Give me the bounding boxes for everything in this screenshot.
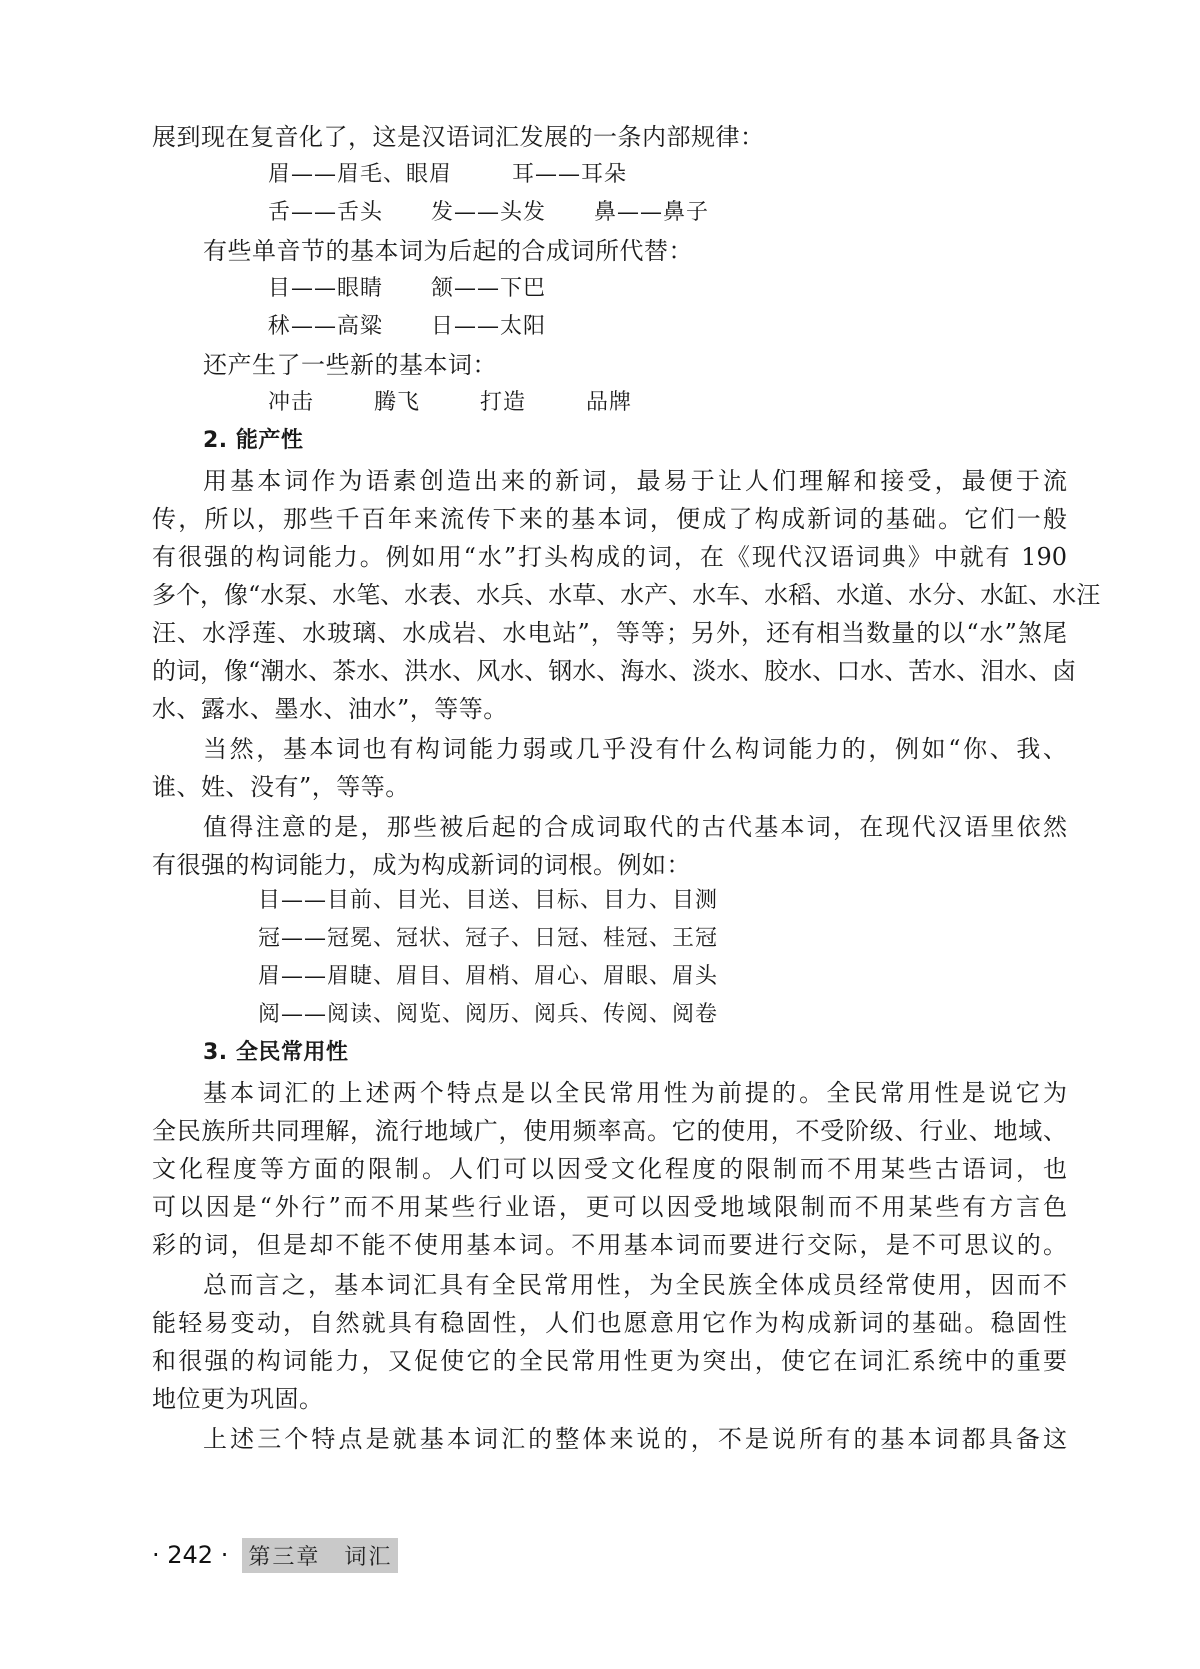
paragraph-line: 汪、水浮莲、水玻璃、水成岩、水电站”，等等；另外，还有相当数量的以“水”煞尾 bbox=[152, 618, 1067, 648]
paragraph-line: 有很强的构词能力，成为构成新词的词根。例如： bbox=[152, 850, 1072, 880]
paragraph-line: 全民族所共同理解，流行地域广，使用频率高。它的使用，不受阶级、行业、地域、 bbox=[152, 1116, 1067, 1146]
paragraph-line: 传，所以，那些千百年来流传下来的基本词，便成了构成新词的基础。它们一般 bbox=[152, 504, 1067, 534]
example-row: 舌——舌头发——头发鼻——鼻子 bbox=[268, 198, 1188, 228]
example-row: 目——眼睛颔——下巴 bbox=[268, 274, 1188, 304]
section-heading: 2. 能产性 bbox=[203, 426, 1123, 456]
paragraph-line: 的词，像“潮水、茶水、洪水、风水、钢水、海水、淡水、胶水、口水、苦水、泪水、卤 bbox=[152, 656, 1067, 686]
example-item: 耳——耳朵 bbox=[512, 160, 627, 190]
paragraph-line: 还产生了一些新的基本词： bbox=[203, 350, 1123, 380]
paragraph-line: 有些单音节的基本词为后起的合成词所代替： bbox=[203, 236, 1123, 266]
paragraph-line: 用基本词作为语素创造出来的新词，最易于让人们理解和接受，最便于流 bbox=[203, 466, 1067, 496]
example-item: 发——头发 bbox=[431, 198, 546, 228]
example-row: 眉——眉睫、眉目、眉梢、眉心、眉眼、眉头 bbox=[258, 962, 1178, 992]
page-footer: · 242 · 第三章 词汇 bbox=[152, 1538, 398, 1572]
intro-line: 展到现在复音化了，这是汉语词汇发展的一条内部规律： bbox=[152, 122, 1072, 152]
example-item: 秫——高粱 bbox=[268, 312, 383, 342]
page-number: · 242 · bbox=[152, 1541, 228, 1569]
section-heading: 3. 全民常用性 bbox=[203, 1038, 1123, 1068]
example-item: 品牌 bbox=[586, 388, 632, 418]
chapter-label: 第三章 词汇 bbox=[242, 1538, 398, 1573]
example-row: 阅——阅读、阅览、阅历、阅兵、传阅、阅卷 bbox=[258, 1000, 1178, 1030]
paragraph-line: 地位更为巩固。 bbox=[152, 1384, 1072, 1414]
paragraph-line: 和很强的构词能力，又促使它的全民常用性更为突出，使它在词汇系统中的重要 bbox=[152, 1346, 1067, 1376]
example-item: 打造 bbox=[480, 388, 526, 418]
example-row: 眉——眉毛、眼眉耳——耳朵 bbox=[268, 160, 1188, 190]
example-item: 冲击 bbox=[268, 388, 314, 418]
paragraph-line: 能轻易变动，自然就具有稳固性，人们也愿意用它作为构成新词的基础。稳固性 bbox=[152, 1308, 1067, 1338]
book-page: 展到现在复音化了，这是汉语词汇发展的一条内部规律： 眉——眉毛、眼眉耳——耳朵 … bbox=[0, 0, 1200, 1669]
example-item: 腾飞 bbox=[374, 388, 420, 418]
paragraph-line: 水、露水、墨水、油水”，等等。 bbox=[152, 694, 1072, 724]
paragraph-line: 值得注意的是，那些被后起的合成词取代的古代基本词，在现代汉语里依然 bbox=[203, 812, 1067, 842]
paragraph-line: 谁、姓、没有”，等等。 bbox=[152, 772, 1072, 802]
paragraph-line: 总而言之，基本词汇具有全民常用性，为全民族全体成员经常使用，因而不 bbox=[203, 1270, 1067, 1300]
example-row: 目——目前、目光、目送、目标、目力、目测 bbox=[258, 886, 1178, 916]
paragraph-line: 可以因是“外行”而不用某些行业语，更可以因受地域限制而不用某些有方言色 bbox=[152, 1192, 1067, 1222]
paragraph-line: 彩的词，但是却不能不使用基本词。不用基本词而要进行交际，是不可思议的。 bbox=[152, 1230, 1067, 1260]
paragraph-line: 多个，像“水泵、水笔、水表、水兵、水草、水产、水车、水稻、水道、水分、水缸、水汪 bbox=[152, 580, 1067, 610]
example-row: 秫——高粱日——太阳 bbox=[268, 312, 1188, 342]
example-item: 鼻——鼻子 bbox=[594, 198, 709, 228]
example-item: 目——眼睛 bbox=[268, 274, 383, 304]
example-item: 颔——下巴 bbox=[431, 274, 546, 304]
example-row: 冲击腾飞打造品牌 bbox=[268, 388, 1188, 418]
example-item: 舌——舌头 bbox=[268, 198, 383, 228]
paragraph-line: 基本词汇的上述两个特点是以全民常用性为前提的。全民常用性是说它为 bbox=[203, 1078, 1067, 1108]
example-row: 冠——冠冕、冠状、冠子、日冠、桂冠、王冠 bbox=[258, 924, 1178, 954]
example-item: 日——太阳 bbox=[431, 312, 546, 342]
paragraph-line: 当然，基本词也有构词能力弱或几乎没有什么构词能力的，例如“你、我、 bbox=[203, 734, 1067, 764]
example-item: 眉——眉毛、眼眉 bbox=[268, 160, 452, 190]
paragraph-line: 上述三个特点是就基本词汇的整体来说的，不是说所有的基本词都具备这 bbox=[203, 1424, 1067, 1454]
paragraph-line: 文化程度等方面的限制。人们可以因受文化程度的限制而不用某些古语词，也 bbox=[152, 1154, 1067, 1184]
paragraph-line: 有很强的构词能力。例如用“水”打头构成的词，在《现代汉语词典》中就有 190 bbox=[152, 542, 1067, 572]
